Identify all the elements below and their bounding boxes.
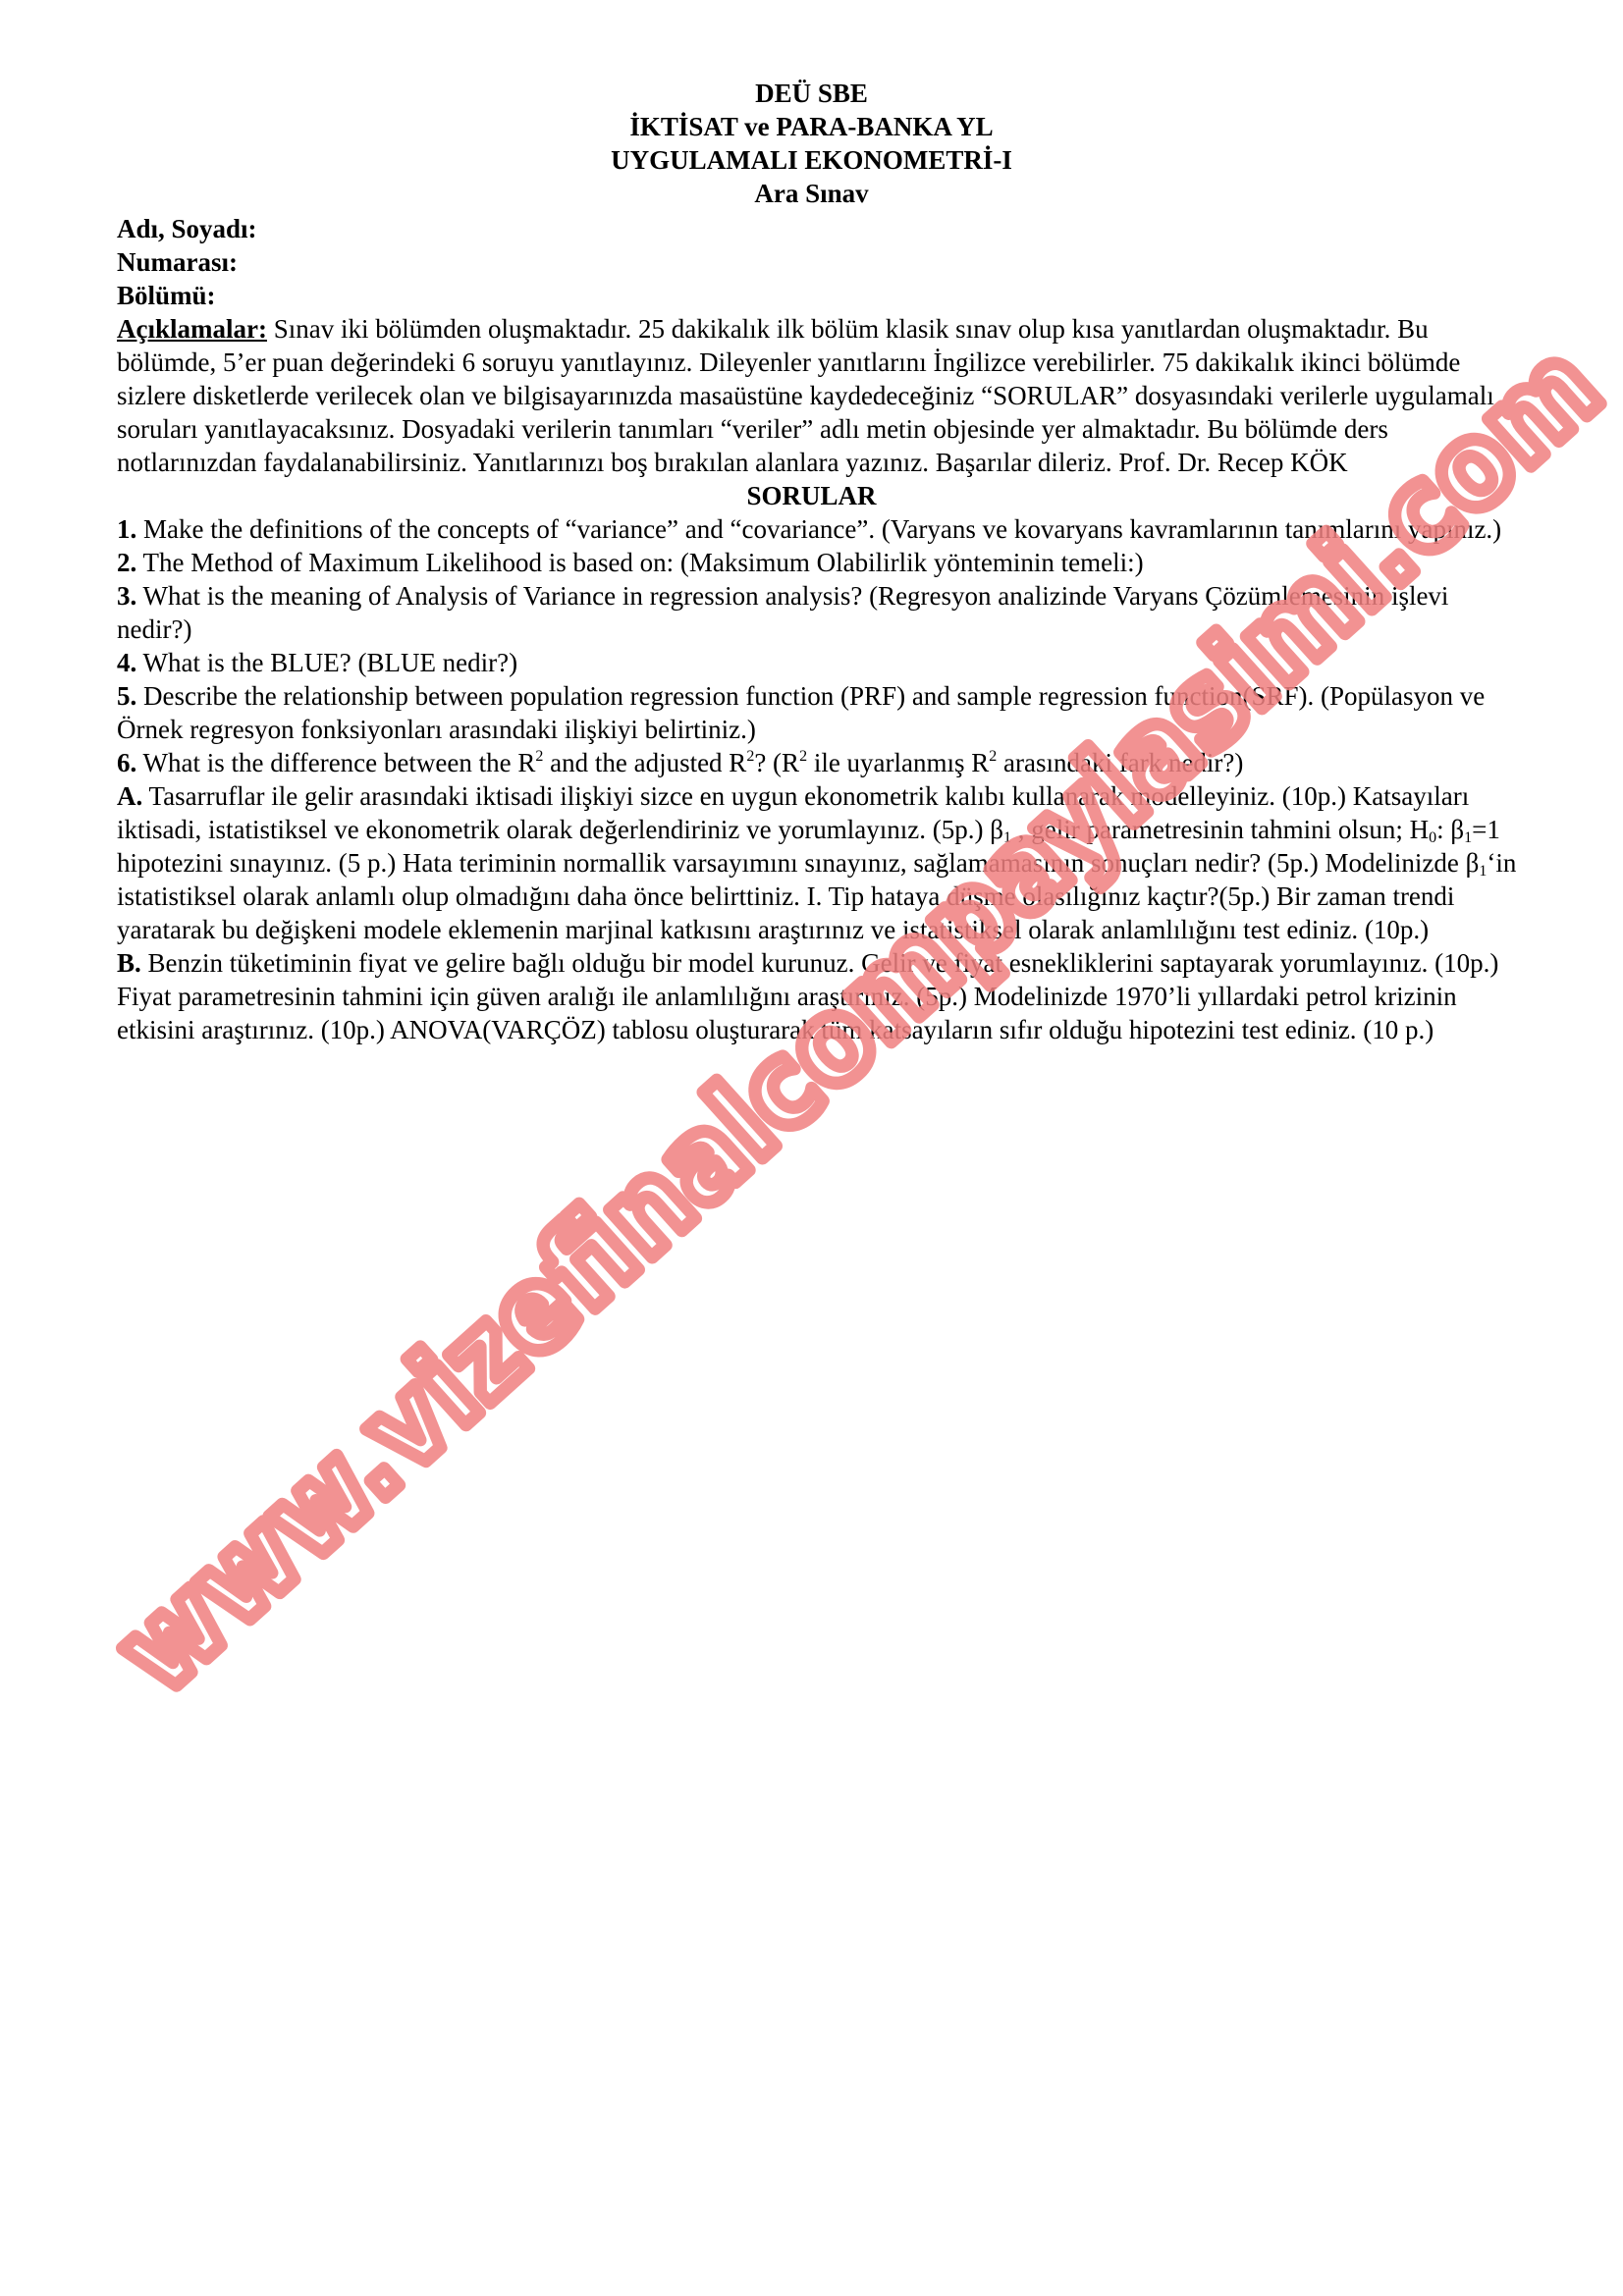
institution-title: DEÜ SBE — [0, 77, 1623, 110]
problem-label: A. — [117, 781, 142, 811]
question-text: The Method of Maximum Likelihood is base… — [136, 548, 1143, 577]
question-5: 5. Describe the relationship between pop… — [117, 679, 1521, 746]
question-number: 5. — [117, 681, 136, 711]
exam-header: DEÜ SBE İKTİSAT ve PARA-BANKA YL UYGULAM… — [0, 77, 1623, 210]
question-number: 2. — [117, 548, 136, 577]
question-3: 3. What is the meaning of Analysis of Va… — [117, 579, 1521, 646]
problem-label: B. — [117, 948, 141, 978]
question-text: ? (R — [754, 748, 799, 777]
problem-b: B. Benzin tüketiminin fiyat ve gelire ba… — [117, 946, 1521, 1046]
department-field-label: Bölümü: — [117, 279, 1521, 312]
exam-content: Adı, Soyadı: Numarası: Bölümü: Açıklamal… — [117, 212, 1521, 1046]
question-text: arasındaki fark nedir?) — [997, 748, 1243, 777]
superscript: 2 — [799, 748, 807, 765]
program-title: İKTİSAT ve PARA-BANKA YL — [0, 110, 1623, 143]
question-4: 4. What is the BLUE? (BLUE nedir?) — [117, 646, 1521, 679]
subscript: 1 — [1464, 829, 1472, 846]
question-text: What is the meaning of Analysis of Varia… — [117, 581, 1448, 644]
question-2: 2. The Method of Maximum Likelihood is b… — [117, 546, 1521, 579]
question-6: 6. What is the difference between the R2… — [117, 746, 1521, 779]
question-text: and the adjusted R — [543, 748, 746, 777]
course-title: UYGULAMALI EKONOMETRİ-I — [0, 143, 1623, 177]
problem-a: A. Tasarruflar ile gelir arasındaki ikti… — [117, 779, 1521, 946]
problem-text: , gelir parametresinin tahmini olsun; H — [1011, 815, 1429, 844]
name-field-label: Adı, Soyadı: — [117, 212, 1521, 245]
exam-page: DEÜ SBE İKTİSAT ve PARA-BANKA YL UYGULAM… — [0, 0, 1623, 2296]
instructions-paragraph: Açıklamalar: Sınav iki bölümden oluşmakt… — [117, 312, 1521, 479]
question-text: Make the definitions of the concepts of … — [136, 514, 1501, 544]
question-number: 3. — [117, 581, 136, 611]
subscript: 1 — [1003, 829, 1011, 846]
number-field-label: Numarası: — [117, 245, 1521, 279]
question-number: 1. — [117, 514, 136, 544]
question-text: Describe the relationship between popula… — [117, 681, 1485, 744]
question-1: 1. Make the definitions of the concepts … — [117, 512, 1521, 546]
question-text: What is the BLUE? (BLUE nedir?) — [136, 648, 517, 677]
problem-text: : β — [1436, 815, 1464, 844]
exam-type-title: Ara Sınav — [0, 177, 1623, 210]
instructions-text: Sınav iki bölümden oluşmaktadır. 25 daki… — [117, 314, 1494, 477]
subscript: 0 — [1429, 829, 1436, 846]
question-text: What is the difference between the R — [136, 748, 535, 777]
question-text: ile uyarlanmış R — [807, 748, 989, 777]
question-number: 6. — [117, 748, 136, 777]
questions-section-title: SORULAR — [117, 479, 1506, 512]
question-number: 4. — [117, 648, 136, 677]
problem-text: Benzin tüketiminin fiyat ve gelire bağlı… — [117, 948, 1498, 1044]
instructions-label: Açıklamalar: — [117, 314, 267, 344]
